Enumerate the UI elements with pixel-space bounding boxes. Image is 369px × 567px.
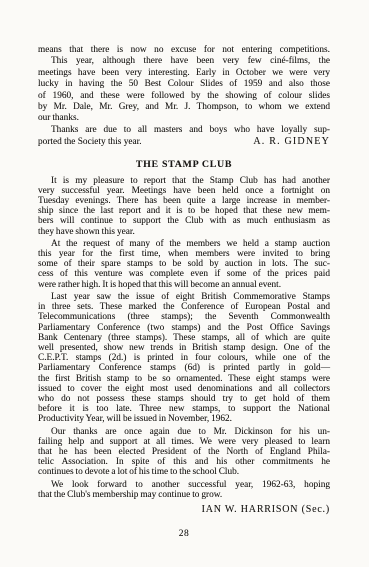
text-line: very successful year. Meetings have been… xyxy=(38,186,330,196)
text-line: they have shown this year. xyxy=(38,227,330,237)
text-line: Last year saw the issue of eight British… xyxy=(38,292,330,302)
stamp-club-section: It is my pleasure to report that the Sta… xyxy=(38,176,330,515)
text-line: telic Association. In spite of this and … xyxy=(38,457,330,467)
text-line: our thanks. xyxy=(38,113,330,124)
text-line: means that there is now no excuse for no… xyxy=(38,45,330,56)
text-line: of 1960, and these were followed by the … xyxy=(38,91,330,102)
text-line: bers will continue to support the Club w… xyxy=(38,216,330,226)
text-line: that he has been elected President of th… xyxy=(38,447,330,457)
text-line: Thanks are due to all masters and boys w… xyxy=(38,125,330,136)
text-line: failing help and support at all times. W… xyxy=(38,437,330,447)
text-line: Productivity Year, will be issued in Nov… xyxy=(38,414,330,424)
text-line: were rather high. It is hoped that this … xyxy=(38,280,330,290)
paragraph: We look forward to another successful ye… xyxy=(38,480,330,500)
stamp-club-heading: THE STAMP CLUB xyxy=(38,159,330,170)
text-line: well presented, show new trends in Briti… xyxy=(38,343,330,353)
society-signature-row: ported the Society this year. A. R. GIDN… xyxy=(38,136,330,148)
stamp-club-paragraphs: It is my pleasure to report that the Sta… xyxy=(38,176,330,500)
society-report-paragraphs: means that there is now no excuse for no… xyxy=(38,45,330,136)
text-line: before it is too late. Three new stamps,… xyxy=(38,404,330,414)
text-line: Our thanks are once again due to Mr. Dic… xyxy=(38,427,330,437)
stamp-club-signature-row: IAN W. HARRISON (Sec.) xyxy=(38,504,330,515)
society-author-signature: A. R. GIDNEY xyxy=(253,136,330,147)
text-line: Telecommunications (three stamps); the S… xyxy=(38,312,330,322)
text-line: cess of this venture was complete even i… xyxy=(38,269,330,279)
text-line: that the Club's membership may continue … xyxy=(38,490,330,500)
text-line: continues to devote a lot of his time to… xyxy=(38,467,330,477)
closing-line: ported the Society this year. xyxy=(38,137,142,148)
text-line: It is my pleasure to report that the Sta… xyxy=(38,176,330,186)
text-line: this year for the first time, when membe… xyxy=(38,249,330,259)
paragraph: It is my pleasure to report that the Sta… xyxy=(38,176,330,237)
paragraph: means that there is now no excuse for no… xyxy=(38,45,330,56)
text-line: meetings have been very interesting. Ear… xyxy=(38,68,330,79)
text-line: issued to cover the eight most used deno… xyxy=(38,384,330,394)
paragraph: At the request of many of the members we… xyxy=(38,239,330,290)
text-line: Parliamentary Conference stamps (6d) is … xyxy=(38,363,330,373)
text-line: At the request of many of the members we… xyxy=(38,239,330,249)
magazine-page: means that there is now no excuse for no… xyxy=(0,0,369,567)
text-line: This year, although there have been very… xyxy=(38,56,330,67)
page-number: 28 xyxy=(38,529,330,539)
paragraph: Our thanks are once again due to Mr. Dic… xyxy=(38,427,330,478)
society-report-section: means that there is now no excuse for no… xyxy=(38,45,330,149)
text-line: in three sets. These marked the Conferen… xyxy=(38,302,330,312)
text-line: the first British stamp to be so ornamen… xyxy=(38,374,330,384)
text-line: C.E.P.T. stamps (2d.) is printed in four… xyxy=(38,353,330,363)
stamp-club-author-signature: IAN W. HARRISON (Sec.) xyxy=(202,504,330,515)
text-line: some of their spare stamps to be sold by… xyxy=(38,259,330,269)
text-line: by Mr. Dale, Mr. Grey, and Mr. J. Thomps… xyxy=(38,102,330,113)
text-line: Parliamentary Conference (two stamps) an… xyxy=(38,323,330,333)
text-line: lucky in having the 50 Best Colour Slide… xyxy=(38,79,330,90)
text-line: who do not possess these stamps should t… xyxy=(38,394,330,404)
text-line: Tuesday evenings. There has been quite a… xyxy=(38,196,330,206)
paragraph: Last year saw the issue of eight British… xyxy=(38,292,330,425)
paragraph: Thanks are due to all masters and boys w… xyxy=(38,125,330,136)
paragraph: This year, although there have been very… xyxy=(38,56,330,124)
text-line: Bank Centenary (three stamps). These sta… xyxy=(38,333,330,343)
text-line: We look forward to another successful ye… xyxy=(38,480,330,490)
text-line: ship since the last report and it is to … xyxy=(38,206,330,216)
page-content: means that there is now no excuse for no… xyxy=(38,45,330,539)
